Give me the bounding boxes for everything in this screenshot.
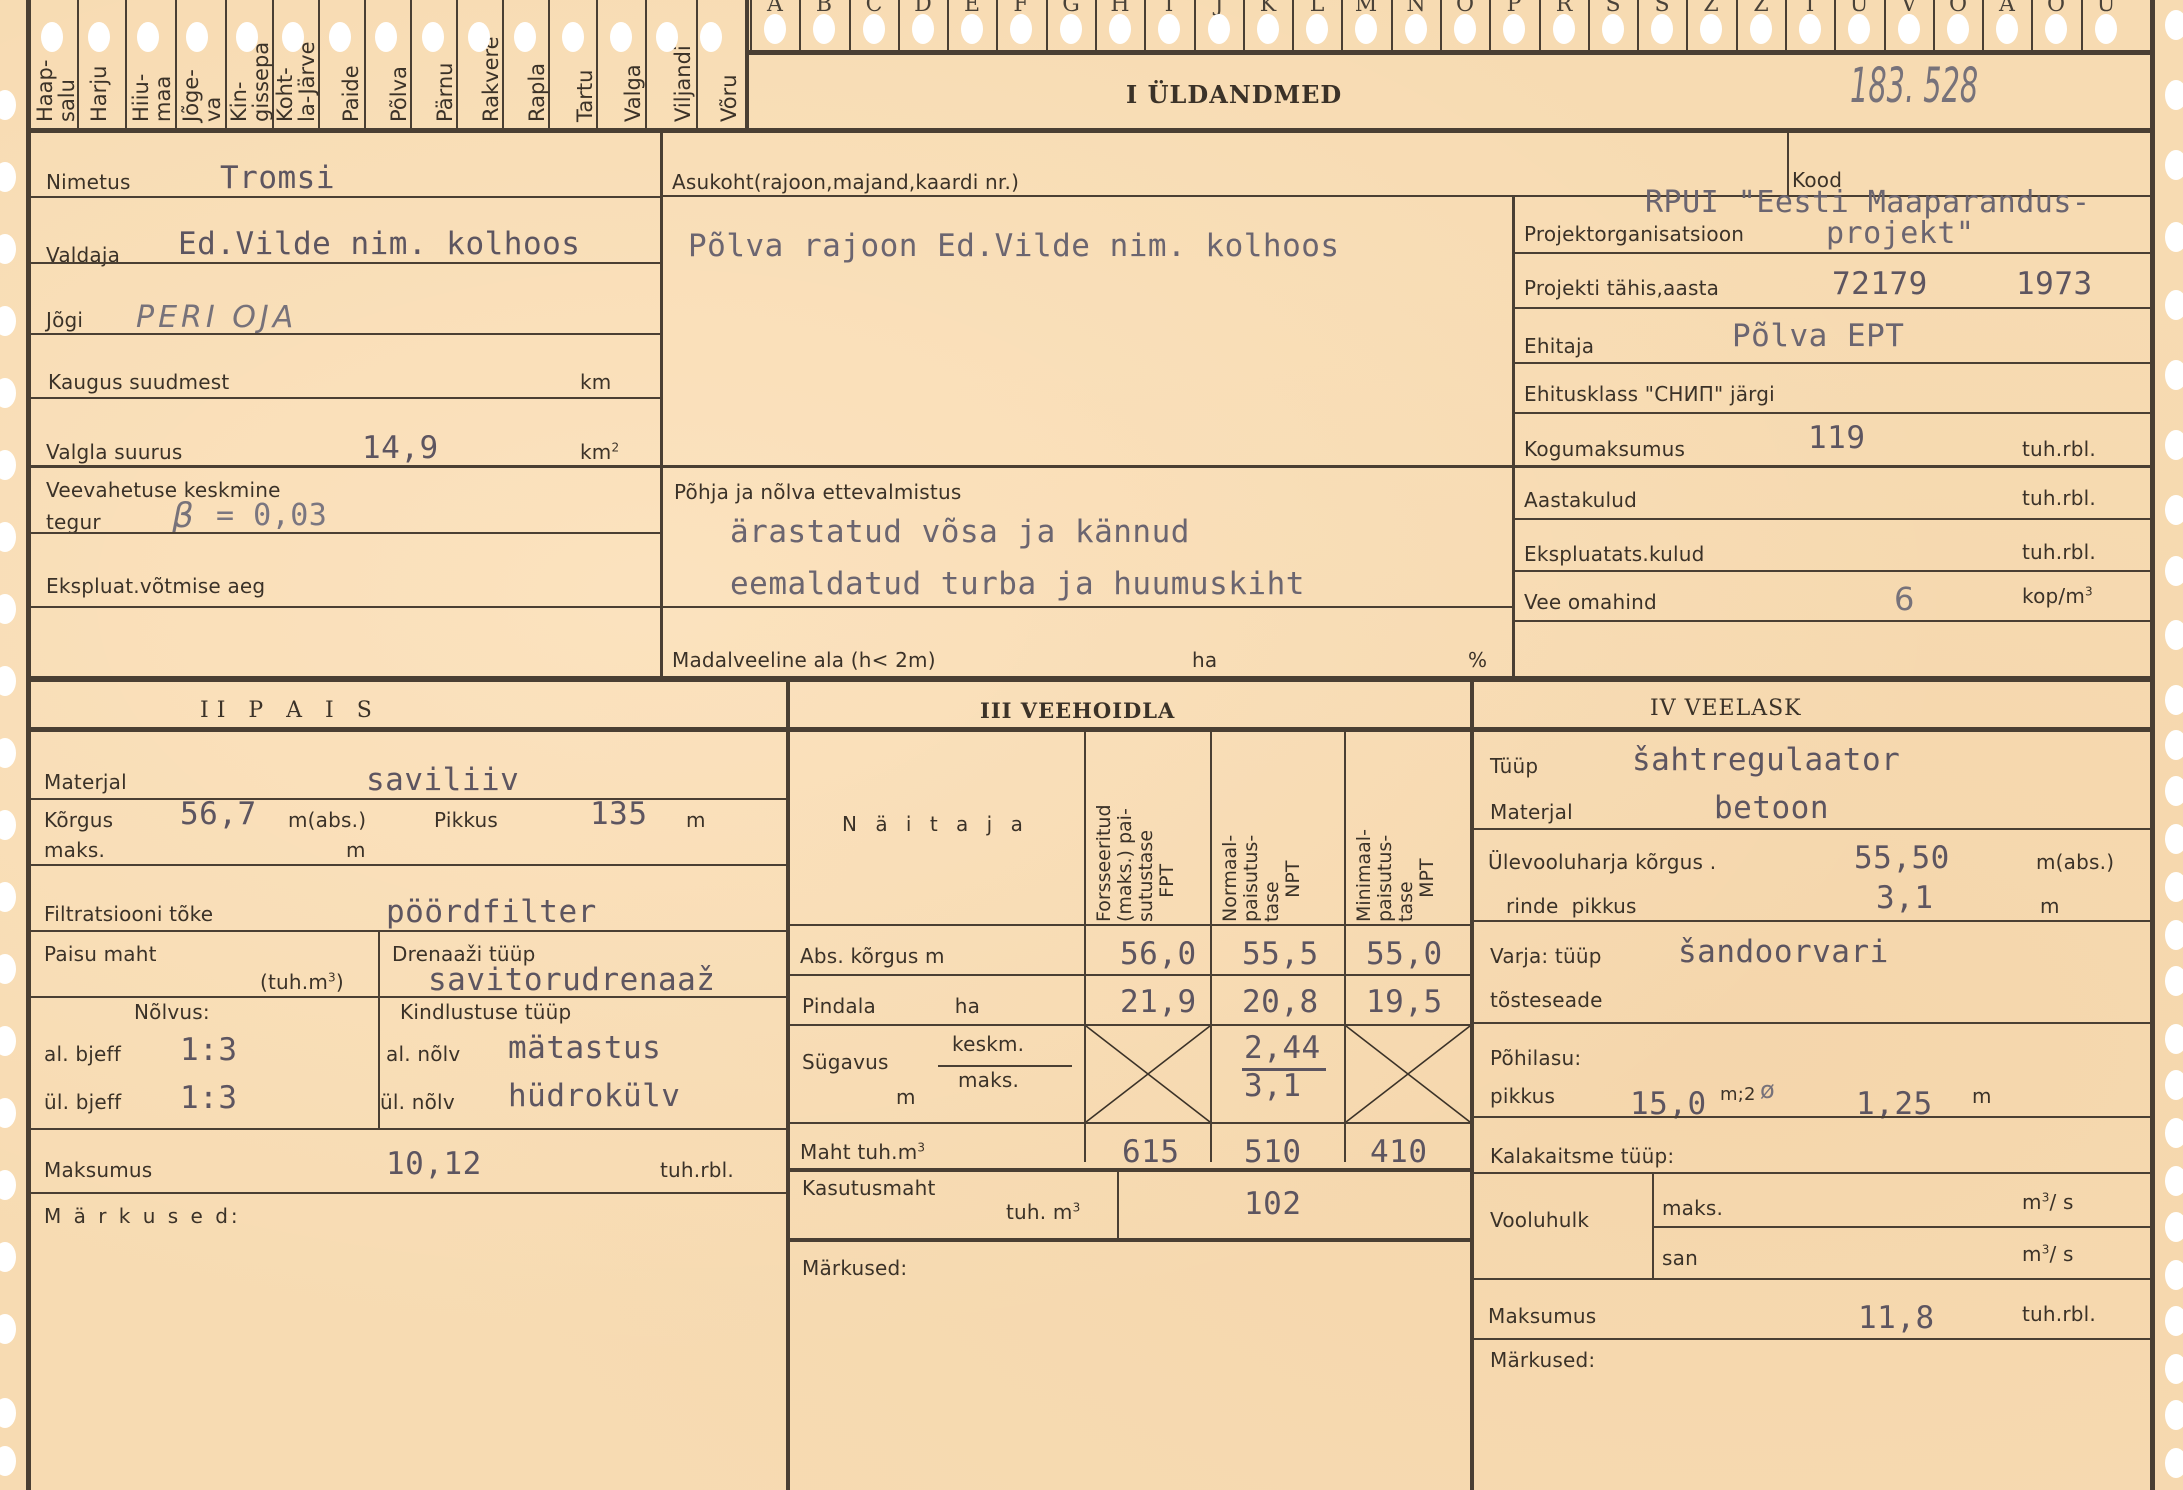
punch-hole (2165, 966, 2183, 996)
section-title-veelask: IV VEELASK (1650, 696, 1802, 721)
valgla-unit: km2 (580, 440, 619, 464)
projekti-year[interactable]: 1973 (2016, 266, 2093, 302)
al-nolv-label: al. nõlv (386, 1042, 460, 1066)
punch-hole (2165, 430, 2183, 460)
district-paide[interactable]: Paide (340, 65, 362, 122)
letter-sep (996, 0, 998, 52)
district-haapsalu[interactable]: Haap- salu (34, 60, 78, 122)
punch-hole (1750, 14, 1772, 44)
valdaja-value[interactable]: Ed.Vilde nim. kolhoos (178, 226, 580, 262)
punch-hole (1060, 14, 1082, 44)
row-rule (788, 974, 1472, 976)
punch-hole (2165, 730, 2183, 760)
district-valga[interactable]: Valga (622, 64, 644, 122)
kogumaksumus-unit: tuh.rbl. (2022, 437, 2096, 461)
ulevool-value[interactable]: 55,50 (1854, 840, 1950, 876)
row-rule (28, 532, 660, 534)
kalakaitse-label: Kalakaitsme tüüp: (1490, 1144, 1674, 1168)
row-rule (1472, 1172, 2153, 1174)
maht-label: Maht tuh.m3 (800, 1140, 925, 1164)
pindala-mpt[interactable]: 19,5 (1366, 984, 1443, 1020)
projektorg-value-2[interactable]: projekt" (1826, 216, 1975, 251)
row-rule (1472, 828, 2153, 830)
district-voru[interactable]: Võru (718, 74, 740, 122)
col-divider (1470, 680, 1474, 1490)
letter-sep (1884, 0, 1886, 52)
nimetus-label: Nimetus (46, 170, 131, 194)
district-sep (745, 0, 749, 130)
abs-korgus-label: Abs. kõrgus m (800, 944, 945, 968)
punch-hole (961, 14, 983, 44)
row-rule (1472, 1278, 2153, 1280)
pohilasu-label: Põhilasu: (1490, 1046, 1581, 1070)
letter-sep (1144, 0, 1146, 52)
kasutusmaht-unit-sup: 3 (1073, 1200, 1081, 1214)
paisu-maht-unit: (tuh.m3) (260, 970, 344, 994)
row-rule (1512, 307, 2153, 309)
sugavus-npt-keskm[interactable]: 2,44 (1244, 1030, 1321, 1066)
pais-pikkus-label: Pikkus (434, 808, 498, 832)
punch-hole (2165, 1260, 2183, 1290)
col-divider (660, 130, 663, 678)
letter-sep (799, 0, 801, 52)
kaugus-label: Kaugus suudmest (48, 370, 229, 394)
row-rule (28, 262, 660, 264)
punch-hole (2165, 1070, 2183, 1100)
row-rule (28, 333, 660, 335)
ekspl-kulud-label: Ekspluatats.kulud (1524, 542, 1705, 566)
district-tartu[interactable]: Tartu (574, 70, 596, 122)
pais-maksumus-label: Maksumus (44, 1158, 152, 1182)
ehitaja-value[interactable]: Põlva EPT (1732, 318, 1904, 354)
paisu-maht-unit-base: (tuh.m (260, 970, 328, 994)
asukoht-value[interactable]: Põlva rajoon Ed.Vilde nim. kolhoos (688, 228, 1340, 264)
letter-sep (750, 0, 752, 52)
aastakulud-unit: tuh.rbl. (2022, 486, 2096, 510)
madalveeline-unit-ha: ha (1192, 648, 1217, 672)
row-rule (1472, 1022, 2153, 1024)
pais-maks-unit: m (346, 838, 366, 862)
veelask-maksumus-value[interactable]: 11,8 (1858, 1300, 1935, 1336)
flow-unit-base: m (2022, 1190, 2042, 1214)
punch-hole (1158, 14, 1180, 44)
punch-hole (2165, 824, 2183, 854)
district-harju[interactable]: Harju (88, 66, 110, 122)
row-rule (28, 196, 660, 198)
punch-hole (2165, 80, 2183, 110)
row-rule (1472, 920, 2153, 922)
kindlustus-label: Kindlustuse tüüp (400, 1000, 571, 1024)
veevahetus-value[interactable]: = 0,03 (216, 498, 327, 533)
abs-korgus-mpt[interactable]: 55,0 (1366, 936, 1443, 972)
kasutusmaht-label: Kasutusmaht (802, 1176, 936, 1200)
maht-fpt[interactable]: 615 (1122, 1134, 1180, 1170)
letter-sep (1391, 0, 1393, 52)
punch-hole (2165, 222, 2183, 252)
punch-hole (41, 22, 63, 52)
district-hiiumaa[interactable]: Hiiu- maa (130, 74, 174, 122)
rinde-value[interactable]: 3,1 (1876, 880, 1934, 916)
veelask-materjal-label: Materjal (1490, 800, 1573, 824)
punch-hole (2165, 1400, 2183, 1430)
pohja-value-2[interactable]: eemaldatud turba ja huumuskiht (730, 566, 1305, 602)
letter-sep (1489, 0, 1491, 52)
ekspl-kulud-unit: tuh.rbl. (2022, 540, 2096, 564)
ehitaja-label: Ehitaja (1524, 334, 1594, 358)
pikkus-label: pikkus (1490, 1084, 1555, 1108)
district-kohtla-jarve[interactable]: Koht- la-Järve (274, 42, 318, 123)
pais-pikkus-unit: m (686, 808, 706, 832)
row-rule (28, 930, 788, 932)
row-rule (28, 1128, 788, 1130)
frame-left (26, 0, 31, 1490)
punch-hole (88, 22, 110, 52)
punch-hole (2165, 1118, 2183, 1148)
punch-hole (1700, 14, 1722, 44)
punch-hole (137, 22, 159, 52)
letter-sep (849, 0, 851, 52)
card-number: 183. 528 (1850, 58, 1978, 114)
ul-bjeff-label: ül. bjeff (44, 1090, 121, 1114)
punch-hole (1355, 14, 1377, 44)
madalveeline-unit-pct: % (1468, 648, 1487, 672)
vooluhulk-san-label: san (1662, 1246, 1698, 1270)
punch-hole (562, 22, 584, 52)
row-rule (1512, 362, 2153, 364)
row-rule (28, 465, 2153, 468)
district-sep (175, 0, 177, 128)
pais-pikkus-value[interactable]: 135 (590, 796, 648, 832)
kaugus-unit: km (580, 370, 611, 394)
letter-sep (1095, 0, 1097, 52)
madalveeline-label: Madalveeline ala (h< 2m) (672, 648, 936, 672)
letter-sep (1785, 0, 1787, 52)
ulevool-label: Ülevooluharja kõrgus . (1488, 850, 1716, 874)
valgla-value[interactable]: 14,9 (362, 430, 439, 466)
pohilasu-separator: m;2 (1720, 1084, 1756, 1105)
letter-sep (1982, 0, 1984, 52)
row-rule (28, 1192, 788, 1194)
ulevool-unit: m(abs.) (2036, 850, 2114, 874)
punch-hole (2165, 1448, 2183, 1478)
diameter-icon: ø (1760, 1076, 1775, 1104)
kogumaksumus-label: Kogumaksumus (1524, 437, 1685, 461)
flow-unit-sup: 3 (2042, 1190, 2050, 1204)
punch-hole (236, 22, 258, 52)
ul-nolv-value[interactable]: hüdrokülv (508, 1078, 680, 1114)
sugavus-unit: m (896, 1085, 916, 1109)
punch-hole (2165, 1306, 2183, 1336)
district-sep (364, 0, 366, 128)
tosteseade-label: tõsteseade (1490, 988, 1603, 1012)
projektorg-value-1[interactable]: RPUI "Eesti Maaparandus- (1645, 185, 2090, 220)
maht-label-sup: 3 (917, 1140, 925, 1154)
varja-label: Varja: tüüp (1490, 944, 1602, 968)
punch-hole (2165, 1354, 2183, 1384)
punch-hole (610, 22, 632, 52)
punch-hole (1651, 14, 1673, 44)
pindala-fpt[interactable]: 21,9 (1120, 984, 1197, 1020)
frame-right (2150, 0, 2155, 1490)
punch-hole (468, 22, 490, 52)
punch-hole (2165, 776, 2183, 806)
sugavus-keskm-label: keskm. (952, 1032, 1024, 1056)
punch-hole (375, 22, 397, 52)
nolvus-label: Nõlvus: (134, 1000, 210, 1024)
district-sep (125, 0, 127, 128)
kasutusmaht-unit-base: tuh. m (1006, 1200, 1073, 1224)
punch-hole (1208, 14, 1230, 44)
pais-maksumus-unit: tuh.rbl. (660, 1158, 734, 1182)
sugavus-maks-label: maks. (958, 1068, 1019, 1092)
punch-hole (2165, 685, 2183, 715)
letter-sep (1588, 0, 1590, 52)
district-jogeva[interactable]: Jõge- va (180, 69, 224, 122)
sugavus-label: Sügavus (802, 1050, 889, 1074)
punch-hole (1848, 14, 1870, 44)
pais-materjal-label: Materjal (44, 770, 127, 794)
row-rule (28, 606, 660, 608)
row-rule (1652, 1226, 2153, 1228)
fraction-bar (938, 1065, 1072, 1067)
punch-hole (1010, 14, 1032, 44)
section-header-rule (28, 727, 2153, 732)
flow-unit-sup: 3 (2042, 1242, 2050, 1256)
rinde-unit: m (2040, 894, 2060, 918)
vooluhulk-label: Vooluhulk (1490, 1208, 1589, 1232)
letter-sep (1194, 0, 1196, 52)
col-divider (786, 680, 790, 1490)
vooluhulk-san-unit: m3/ s (2022, 1242, 2074, 1266)
letter-sep (1933, 0, 1935, 52)
punch-hole (186, 22, 208, 52)
pais-korgus-unit: m(abs.) (288, 808, 366, 832)
row-rule (1512, 620, 2153, 622)
section-title-veehoidla: III VEEHOIDLA (980, 698, 1175, 723)
nimetus-value[interactable]: Tromsi (220, 160, 335, 196)
punch-hole (2165, 620, 2183, 650)
row-rule (28, 996, 788, 998)
letter-sep (898, 0, 900, 52)
letter-sep (1637, 0, 1639, 52)
punch-hole (2165, 150, 2183, 180)
punch-hole (1553, 14, 1575, 44)
varja-value[interactable]: šandoorvari (1678, 934, 1889, 970)
letter-sep (2031, 0, 2033, 52)
letter-sep (1539, 0, 1541, 52)
vee-omahind-unit-base: kop/m (2022, 584, 2085, 608)
row-rule (788, 1168, 1472, 1172)
punch-hole (700, 22, 722, 52)
punch-hole (282, 22, 304, 52)
pais-korgus-value[interactable]: 56,7 (180, 796, 257, 832)
punch-hole (422, 22, 444, 52)
veelask-maksumus-label: Maksumus (1488, 1304, 1596, 1328)
projekti-code[interactable]: 72179 (1832, 266, 1928, 302)
letter-sep (1341, 0, 1343, 52)
column-header-npt: Normaal- paisutus- tase NPT (1220, 835, 1304, 922)
jogi-value[interactable]: PERI OJA (136, 300, 297, 335)
vee-omahind-value[interactable]: 6 (1894, 580, 1914, 618)
flow-unit-base: m (2022, 1242, 2042, 1266)
pindala-label: Pindala ha (802, 994, 980, 1018)
veelask-tuup-value[interactable]: šahtregulaator (1632, 742, 1900, 778)
filtratsioon-value[interactable]: pöördfilter (386, 894, 597, 930)
row-rule (1512, 252, 2153, 254)
row-rule (1512, 518, 2153, 520)
letter-sep (1736, 0, 1738, 52)
al-bjeff-value[interactable]: 1:3 (180, 1032, 238, 1068)
veelask-maksumus-unit: tuh.rbl. (2022, 1302, 2096, 1326)
letter-sep (1243, 0, 1245, 52)
punch-hole (2165, 360, 2183, 390)
veevahetus-label-2: tegur (46, 510, 101, 534)
col-divider (1652, 1172, 1654, 1278)
letter-sep (1440, 0, 1442, 52)
row-rule (788, 1238, 1472, 1242)
vooluhulk-maks-unit: m3/ s (2022, 1190, 2074, 1214)
punch-hole (329, 22, 351, 52)
letter-sep (2081, 0, 2083, 52)
valgla-label: Valgla suurus (46, 440, 183, 464)
maht-label-base: Maht tuh.m (800, 1140, 917, 1164)
kasutusmaht-unit: tuh. m3 (1006, 1200, 1080, 1224)
pais-materjal-value[interactable]: saviliiv (366, 762, 519, 798)
drenaazi-value[interactable]: savitorudrenaaž (428, 962, 715, 998)
punch-hole (1799, 14, 1821, 44)
punch-hole (2165, 1166, 2183, 1196)
pohja-value-1[interactable]: ärastatud võsa ja kännud (730, 514, 1190, 550)
row-rule (1472, 1338, 2153, 1340)
col-divider (1210, 730, 1212, 1162)
punch-hole (1109, 14, 1131, 44)
beta-symbol: β (172, 496, 194, 536)
punch-hole (1503, 14, 1525, 44)
punch-hole (2165, 495, 2183, 525)
punch-hole (863, 14, 885, 44)
punch-hole (656, 22, 678, 52)
section-i-top-rule (28, 128, 2153, 133)
pais-maks-label: maks. (44, 838, 105, 862)
veelask-markused-label: Märkused: (1490, 1348, 1595, 1372)
punch-hole (2165, 10, 2183, 40)
letter-sep (1046, 0, 1048, 52)
vooluhulk-maks-label: maks. (1662, 1196, 1723, 1220)
row-rule (788, 924, 1472, 926)
sugavus-npt-maks[interactable]: 3,1 (1244, 1068, 1302, 1104)
row-rule (28, 864, 788, 866)
district-sep (696, 0, 698, 128)
ul-bjeff-value[interactable]: 1:3 (180, 1080, 238, 1116)
asukoht-label: Asukoht(rajoon,majand,kaardi nr.) (672, 170, 1019, 194)
row-rule (1512, 412, 2153, 414)
kogumaksumus-value[interactable]: 119 (1808, 420, 1866, 456)
pindala-npt[interactable]: 20,8 (1242, 984, 1319, 1020)
maht-mpt[interactable]: 410 (1370, 1134, 1428, 1170)
district-sep (645, 0, 647, 128)
punch-hole (2165, 1212, 2183, 1242)
punch-hole (514, 22, 536, 52)
valgla-unit-sup: 2 (611, 440, 619, 454)
naitaja-label: N ä i t a j a (842, 812, 1029, 836)
cross-out-mpt-icon (1346, 1026, 1470, 1122)
row-rule (1472, 1116, 2153, 1118)
veelask-tuup-label: Tüüp (1490, 754, 1538, 778)
punch-hole (1306, 14, 1328, 44)
letter-sep (1834, 0, 1836, 52)
paisu-maht-label: Paisu maht (44, 942, 157, 966)
kasutusmaht-value[interactable]: 102 (1244, 1186, 1302, 1222)
column-header-fpt: Forsseeritud (maks.) pai- sutustase FPT (1094, 804, 1178, 922)
projekti-label: Projekti tähis,aasta (1524, 276, 1719, 300)
punch-hole (2165, 1024, 2183, 1054)
maht-npt[interactable]: 510 (1244, 1134, 1302, 1170)
al-nolv-value[interactable]: mätastus (508, 1030, 661, 1066)
pais-korgus-label: Kõrgus (44, 808, 113, 832)
punch-hole (1405, 14, 1427, 44)
pais-maksumus-value[interactable]: 10,12 (386, 1146, 482, 1182)
punch-hole (764, 14, 786, 44)
row-rule (1512, 570, 2153, 572)
punch-hole (1454, 14, 1476, 44)
section-divider (28, 676, 2153, 682)
row-rule (28, 397, 660, 399)
pohja-label: Põhja ja nõlva ettevalmistus (674, 480, 961, 504)
section-title-pais: II P A I S (200, 698, 380, 723)
letter-strip-bottom-rule (749, 50, 2153, 55)
district-polva[interactable]: Põlva (388, 66, 410, 122)
cross-out-fpt-icon (1086, 1026, 1210, 1122)
pais-markused-label: M ä r k u s e d: (44, 1204, 241, 1228)
ekspluat-label: Ekspluat.võtmise aeg (46, 574, 265, 598)
al-bjeff-label: al. bjeff (44, 1042, 121, 1066)
punch-hole (1257, 14, 1279, 44)
filtratsioon-label: Filtratsiooni tõke (44, 902, 213, 926)
veelask-materjal-value[interactable]: betoon (1714, 790, 1829, 826)
flow-unit-tail: / s (2050, 1190, 2074, 1214)
col-divider (1117, 1170, 1119, 1240)
vee-omahind-label: Vee omahind (1524, 590, 1657, 614)
letter-sep (1292, 0, 1294, 52)
district-rapla[interactable]: Rapla (526, 63, 548, 122)
abs-korgus-fpt[interactable]: 56,0 (1120, 936, 1197, 972)
paisu-maht-unit-sup: 3 (328, 970, 336, 984)
district-viljandi[interactable]: Viljandi (672, 45, 694, 122)
punch-hole (2045, 14, 2067, 44)
punch-hole (2165, 290, 2183, 320)
letter-sep (1686, 0, 1688, 52)
punch-hole (2165, 920, 2183, 950)
rinde-label: rinde pikkus (1506, 894, 1637, 918)
row-rule (788, 1122, 1472, 1124)
punch-hole (912, 14, 934, 44)
section-title-general: I ÜLDANDMED (1126, 80, 1342, 109)
veehoidla-markused-label: Märkused: (802, 1256, 907, 1280)
abs-korgus-npt[interactable]: 55,5 (1242, 936, 1319, 972)
row-rule (660, 606, 1513, 608)
vee-omahind-unit: kop/m3 (2022, 584, 2093, 608)
district-parnu[interactable]: Pärnu (434, 63, 456, 122)
letter-sep (947, 0, 949, 52)
punch-hole (2095, 14, 2117, 44)
punch-hole (1898, 14, 1920, 44)
punch-hole (2165, 872, 2183, 902)
punch-hole (813, 14, 835, 44)
district-kingissepa[interactable]: Kin- gissepa (228, 42, 272, 122)
vee-omahind-unit-sup: 3 (2085, 584, 2093, 598)
diameter-unit: m (1972, 1084, 1992, 1108)
jogi-label: Jõgi (46, 308, 83, 332)
